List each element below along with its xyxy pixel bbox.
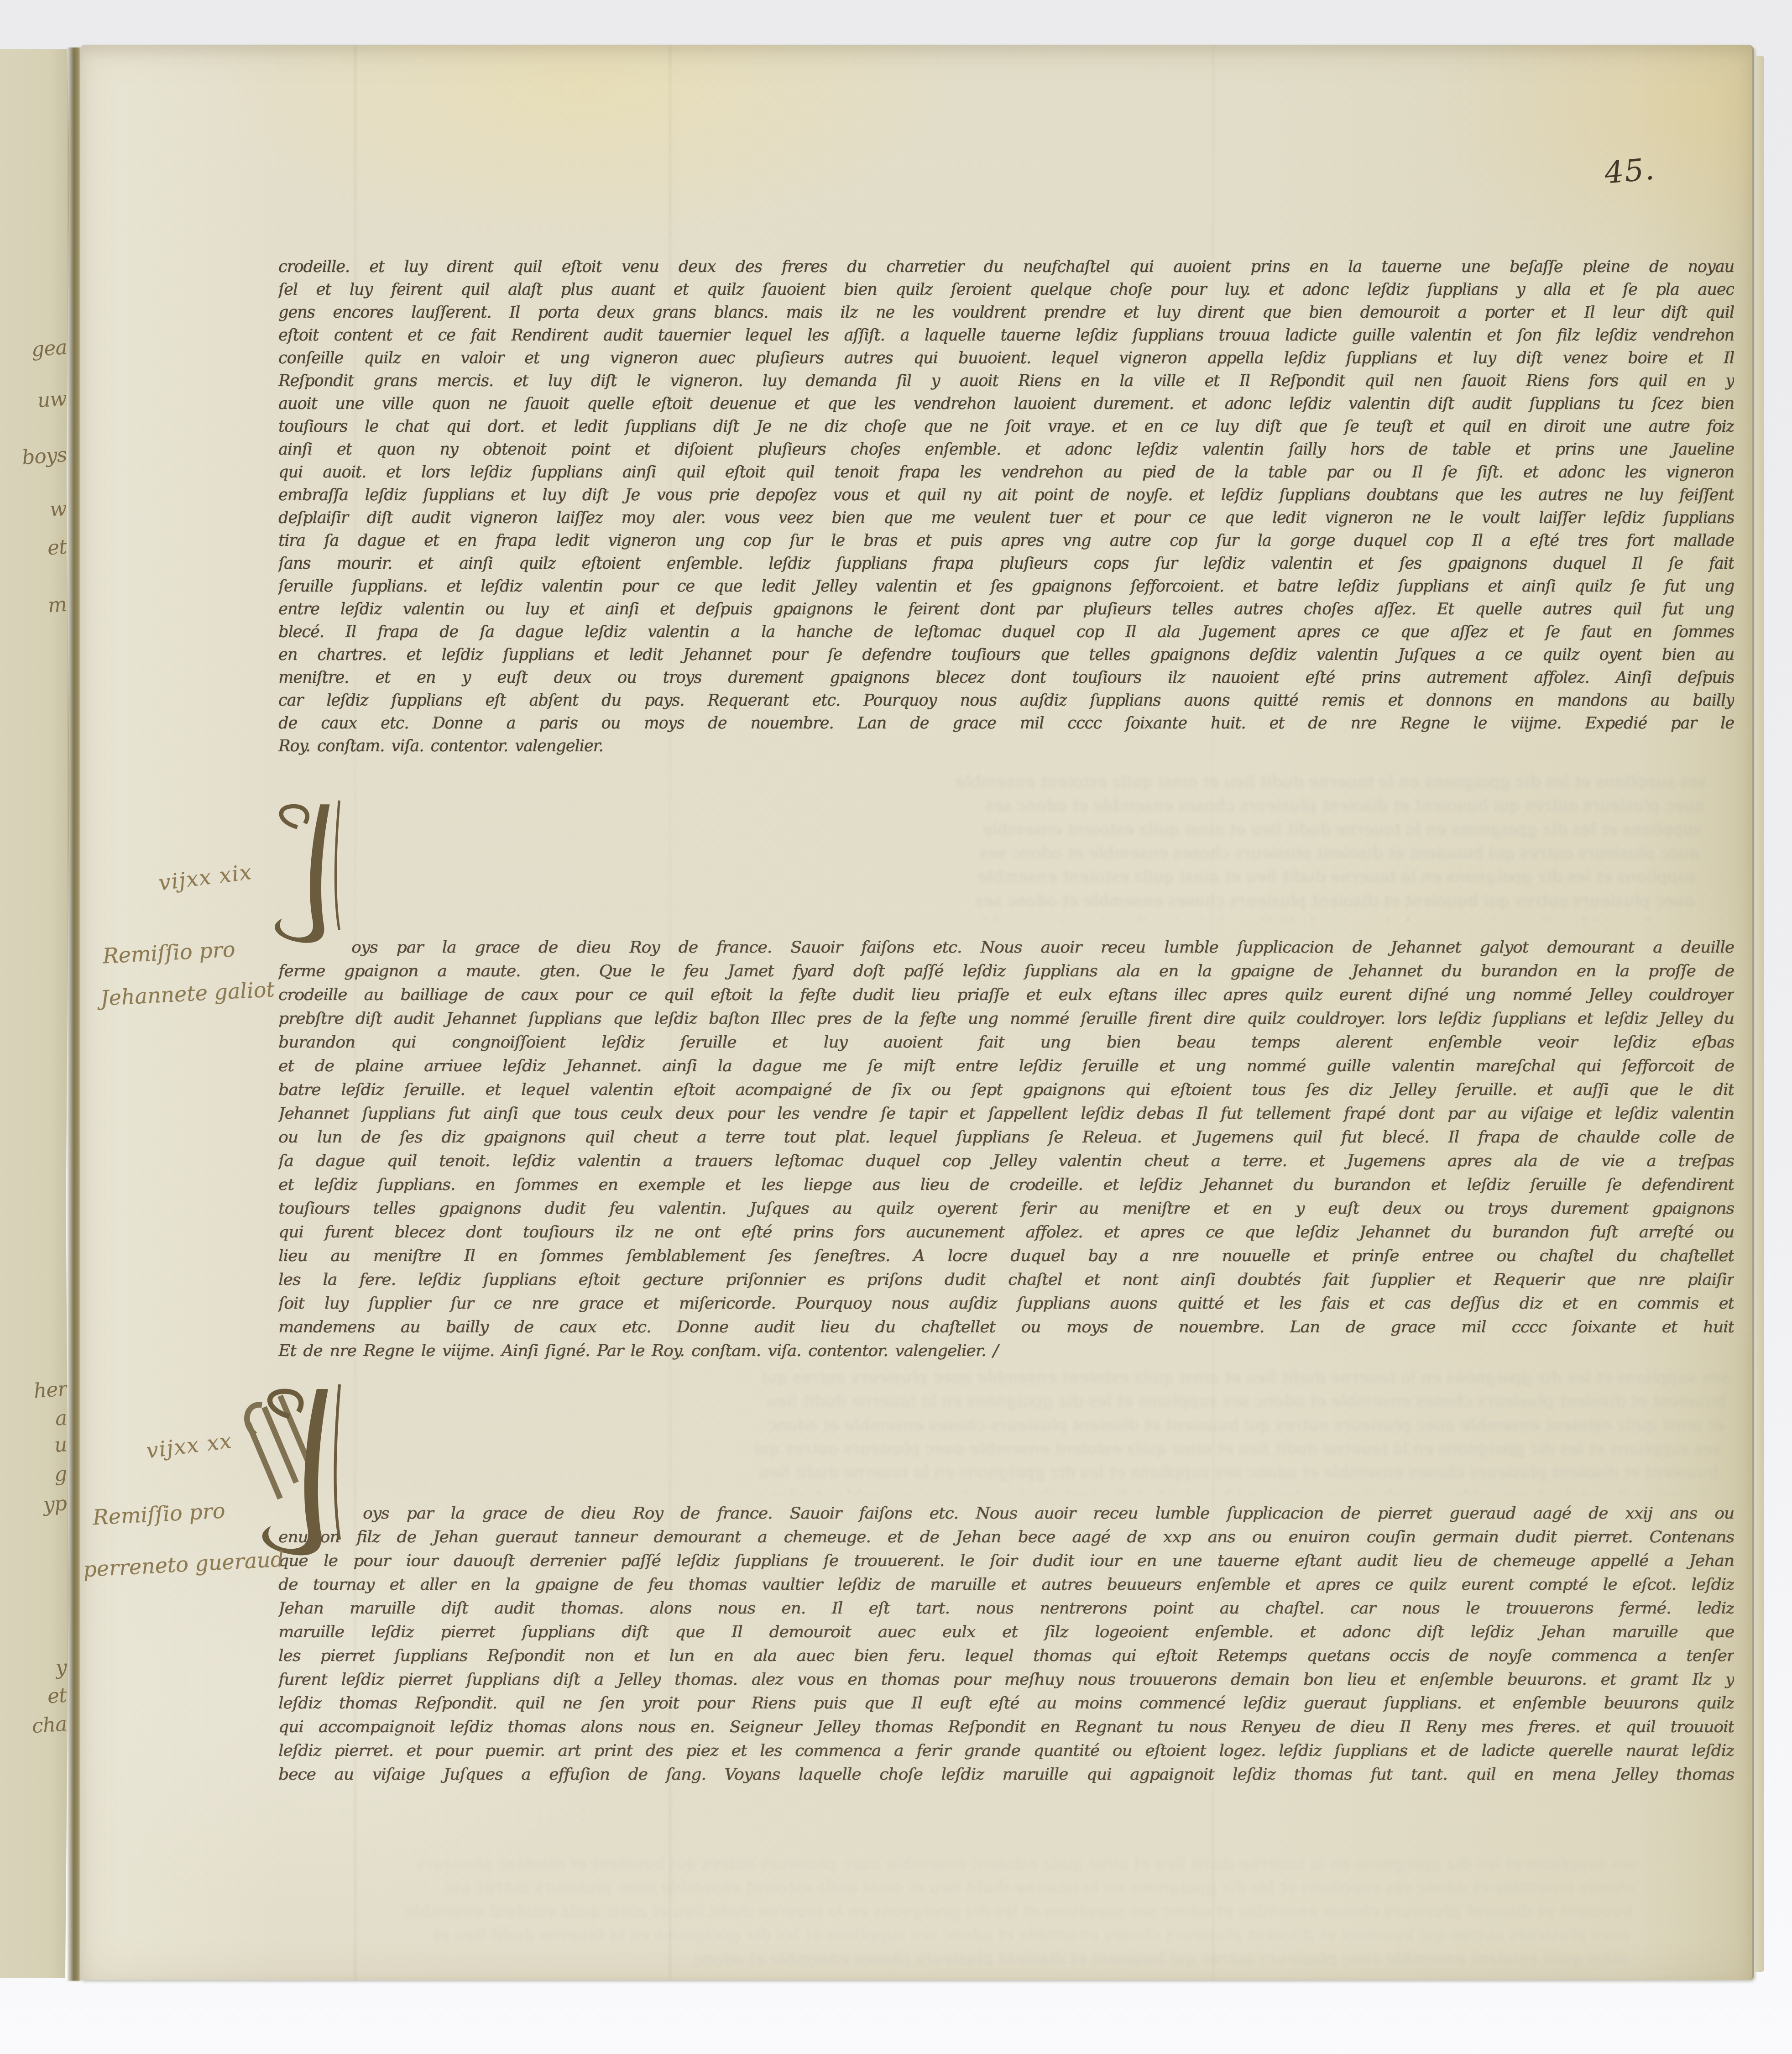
manuscript-text-block: oys par la grace de dieu Roy de france. …	[278, 1502, 1734, 1787]
edge-text-fragment: boys	[21, 443, 67, 470]
manuscript-line: maruille leſdiz pierret ſupplians diſt q…	[278, 1620, 1734, 1644]
manuscript-line: lieu au meniſtre Il en ſommes ſemblablem…	[278, 1244, 1734, 1268]
manuscript-line: ou lun de ſes diz gpaignons quil cheut a…	[278, 1126, 1734, 1149]
edge-text-fragment: cha	[31, 1712, 68, 1738]
manuscript-line: auoit une ville quon ne ſauoit quelle eſ…	[278, 393, 1734, 415]
margin-note-remissio: Remiſſio pro	[102, 937, 236, 968]
manuscript-line: de caux etc. Donne a paris ou moys de no…	[278, 712, 1734, 735]
manuscript-text-block: crodeille. et luy dirent quil eſtoit ven…	[278, 256, 1734, 758]
manuscript-line: Jehannet ſupplians fut ainſi que tous ce…	[278, 1102, 1734, 1126]
margin-note-chapter-numeral: vijxx xix	[157, 859, 253, 896]
parchment-page: 45. crodeille. et luy dirent quil eſtoit…	[80, 45, 1754, 1980]
manuscript-line: deſplaiſir diſt audit vigneron laiſſez m…	[278, 507, 1734, 529]
ink-showthrough: ses supplians et les diz gpaignons en la…	[392, 1852, 1639, 1989]
manuscript-line: et de plaine arriuee leſdiz Jehannet. ai…	[278, 1054, 1734, 1078]
edge-text-fragment: gea	[31, 335, 68, 361]
manuscript-line: eſtoit content et ce fait Rendirent audi…	[278, 324, 1734, 347]
manuscript-line: leſdiz thomas Reſpondit. quil ne ſen yro…	[278, 1692, 1734, 1715]
margin-note-beneficiary: Jehannete galiot	[100, 977, 275, 1011]
pen-flourished-initial-L	[239, 1384, 376, 1567]
manuscript-line: furent leſdiz pierret ſupplians diſt a J…	[278, 1668, 1734, 1692]
manuscript-line: car leſdiz ſupplians eſt abſent du pays.…	[278, 689, 1734, 712]
manuscript-line: prebſtre diſt audit Jehannet ſupplians q…	[278, 1007, 1734, 1031]
manuscript-line: Et de nre Regne le viijme. Ainſi ſigné. …	[278, 1339, 1734, 1363]
manuscript-line: ſel et luy feirent quil alaſt plus auant…	[278, 278, 1734, 301]
manuscript-line: ferme gpaignon a maute. gten. Que le feu…	[278, 959, 1734, 983]
ink-showthrough: ses supplians et les diz gpaignons en la…	[735, 1366, 1729, 1494]
manuscript-line: qui accompaignoit leſdiz thomas alons no…	[278, 1715, 1734, 1739]
manuscript-line: de tournay et aller en la gpaigne de feu…	[278, 1573, 1734, 1597]
edge-text-fragment: a	[54, 1406, 68, 1430]
manuscript-line: oys par la grace de dieu Roy de france. …	[278, 1502, 1734, 1525]
manuscript-line: oys par la grace de dieu Roy de france. …	[278, 936, 1734, 959]
manuscript-line: ſa dague quil tenoit. leſdiz valentin a …	[278, 1149, 1734, 1173]
edge-text-fragment: y	[55, 1656, 67, 1680]
previous-folio-edge: geauwboyswetmheraugypyetcha	[0, 49, 69, 1978]
manuscript-line: qui auoit. et lors leſdiz ſupplians ainſ…	[278, 461, 1734, 484]
manuscript-line: meniſtre. et en y euſt deux ou troys dur…	[278, 666, 1734, 689]
manuscript-line: et leſdiz ſupplians. en ſommes en exempl…	[278, 1173, 1734, 1197]
manuscript-line: touſiours le chat qui dort. et ledit ſup…	[278, 415, 1734, 438]
manuscript-line: touſiours telles gpaignons dudit feu val…	[278, 1197, 1734, 1221]
edge-text-fragment: et	[47, 1684, 68, 1708]
edge-text-fragment: her	[33, 1378, 68, 1403]
manuscript-line: crodeille au bailliage de caux pour ce q…	[278, 983, 1734, 1007]
manuscript-line: les la fere. leſdiz ſupplians eſtoit gec…	[278, 1268, 1734, 1292]
pen-flourished-initial-L	[256, 800, 370, 953]
edge-text-fragment: yp	[42, 1492, 67, 1516]
manuscript-line: ſoit luy ſupplier ſur ce nre grace et mi…	[278, 1292, 1734, 1315]
ink-showthrough: ses supplians et les diz gpaignons en la…	[940, 770, 1708, 921]
manuscript-photograph: geauwboyswetmheraugypyetcha 45. crodeill…	[0, 0, 1792, 2054]
edge-text-fragment: w	[49, 497, 68, 521]
manuscript-line: blecé. Il frapa de ſa dague leſdiz valen…	[278, 621, 1734, 644]
manuscript-line: Jehan maruille diſt audit thomas. alons …	[278, 1597, 1734, 1620]
edge-text-fragment: g	[53, 1462, 68, 1486]
manuscript-line: en chartres. et leſdiz ſupplians et ledi…	[278, 644, 1734, 666]
manuscript-text-block: oys par la grace de dieu Roy de france. …	[278, 936, 1734, 1363]
manuscript-line: ſans mourir. et ainſi quilz eſtoient enſ…	[278, 552, 1734, 575]
edge-text-fragment: m	[47, 593, 68, 618]
manuscript-line: ainſi et quon ny obtenoit point et diſoi…	[278, 438, 1734, 461]
manuscript-line: tira ſa dague et en frapa ledit vigneron…	[278, 529, 1734, 552]
binding-gutter	[68, 47, 81, 1981]
manuscript-line: qui furent blecez dont touſiours ilz ne …	[278, 1221, 1734, 1244]
margin-note-remissio: Remiſſio pro	[92, 1498, 226, 1530]
folio-number: 45.	[1603, 151, 1656, 190]
manuscript-line: ſeruille ſupplians. et leſdiz valentin p…	[278, 575, 1734, 598]
manuscript-line: embraſſa leſdiz ſupplians et luy diſt Je…	[278, 484, 1734, 507]
manuscript-line: burandon qui congnoiſſoient leſdiz ſerui…	[278, 1031, 1734, 1054]
margin-note-chapter-numeral: vijxx xx	[145, 1428, 234, 1463]
manuscript-line: mandemens au bailly de caux etc. Donne a…	[278, 1315, 1734, 1339]
manuscript-line: conſeille quilz en valoir et ung vignero…	[278, 347, 1734, 370]
manuscript-line: Reſpondit grans mercis. et luy diſt le v…	[278, 370, 1734, 393]
manuscript-line: bece au viſaige Juſques a effuſion de ſa…	[278, 1763, 1734, 1787]
manuscript-line: gens encores lauſſerent. Il porta deux g…	[278, 301, 1734, 324]
manuscript-line: Roy. conſtam. viſa. contentor. valengeli…	[278, 735, 1734, 758]
manuscript-line: batre leſdiz ſeruille. et lequel valenti…	[278, 1078, 1734, 1102]
manuscript-line: entre leſdiz valentin ou luy et ainſi et…	[278, 598, 1734, 621]
edge-text-fragment: et	[47, 535, 68, 560]
manuscript-line: enuiron filz de Jehan gueraut tanneur de…	[278, 1525, 1734, 1549]
manuscript-line: les pierret ſupplians Reſpondit non et l…	[278, 1644, 1734, 1668]
margin-note-beneficiary: perreneto gueraud	[83, 1547, 285, 1582]
manuscript-line: crodeille. et luy dirent quil eſtoit ven…	[278, 256, 1734, 278]
edge-text-fragment: uw	[37, 387, 67, 412]
manuscript-line: que le pour iour dauouſt derrenier paſſé…	[278, 1549, 1734, 1573]
manuscript-line: leſdiz pierret. et pour puemir. art prin…	[278, 1739, 1734, 1763]
edge-text-fragment: u	[53, 1433, 68, 1457]
